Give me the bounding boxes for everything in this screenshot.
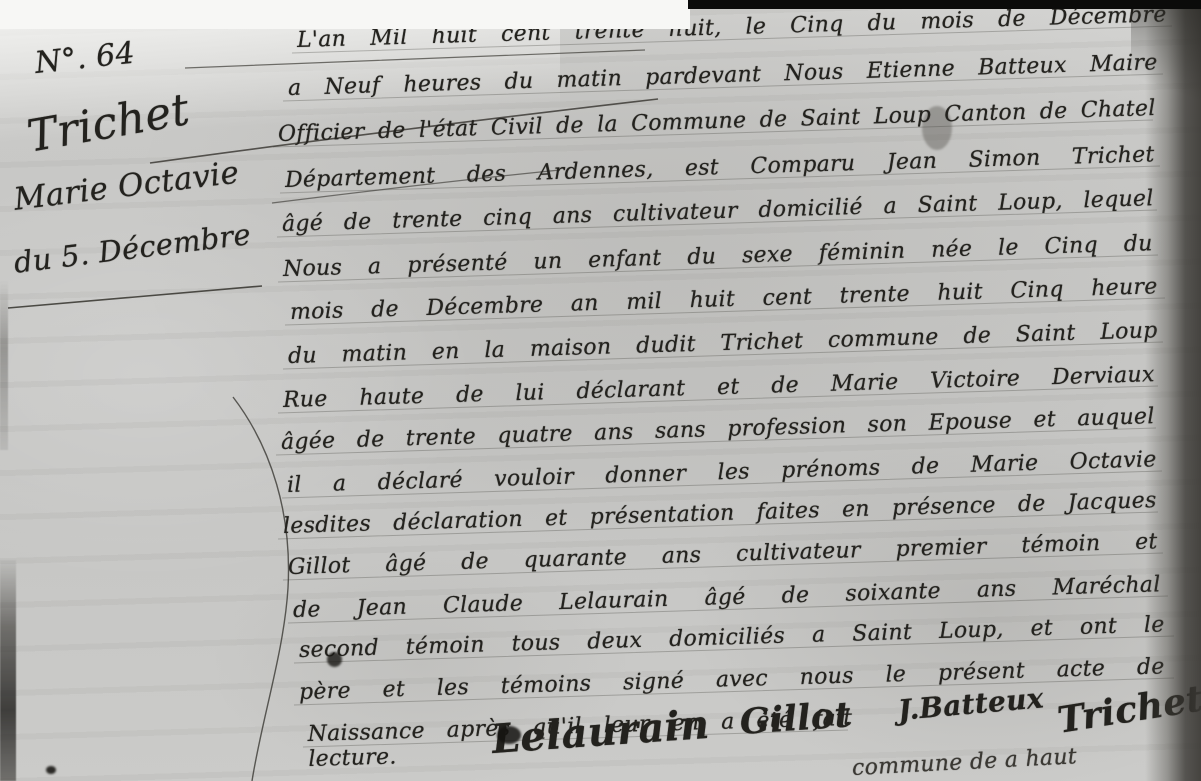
act-line-4: Département des Ardennes, est Comparu Je… bbox=[285, 142, 1155, 193]
act-line-12: lesdites déclaration et présentation fai… bbox=[283, 488, 1157, 539]
act-line-9: Rue haute de lui déclarant et de Marie V… bbox=[283, 362, 1155, 413]
margin-date-underline bbox=[8, 286, 262, 308]
next-act-fragment: commune de a haut bbox=[851, 744, 1077, 781]
act-line-15: second témoin tous deux domiciliés a Sai… bbox=[299, 612, 1165, 663]
act-line-11: il a déclaré vouloir donner les prénoms … bbox=[287, 447, 1157, 498]
scan-white-strip bbox=[0, 0, 690, 29]
margin-date: du 5. Décembre bbox=[12, 217, 253, 280]
left-edge-smudge bbox=[0, 560, 16, 781]
left-edge-marks bbox=[0, 280, 8, 450]
margin-given-names: Marie Octavie bbox=[12, 155, 241, 218]
act-line-10: âgée de trente quatre ans sans professio… bbox=[281, 404, 1155, 455]
margin-brace-line bbox=[233, 397, 289, 781]
signature-gillot: Gillot bbox=[739, 694, 853, 743]
ink-blot-small bbox=[327, 652, 342, 667]
register-page-scan: N°. 64 Trichet Marie Octavie du 5. Décem… bbox=[0, 0, 1201, 781]
book-gutter-shadow-top bbox=[1131, 0, 1201, 120]
act-line-13: Gillot âgé de quarante ans cultivateur p… bbox=[288, 529, 1158, 580]
act-line-8: du matin en la maison dudit Trichet comm… bbox=[288, 318, 1158, 369]
scan-black-strip bbox=[688, 0, 1201, 9]
ink-blot bbox=[497, 726, 521, 744]
act-line-6: Nous a présenté un enfant du sexe fémini… bbox=[283, 231, 1153, 282]
act-line-7: mois de Décembre an mil huit cent trente… bbox=[290, 274, 1158, 325]
signature-batteux: J.Batteux bbox=[897, 681, 1045, 727]
ink-speck bbox=[46, 766, 56, 774]
act-line-5: âgé de trente cinq ans cultivateur domic… bbox=[282, 186, 1154, 237]
